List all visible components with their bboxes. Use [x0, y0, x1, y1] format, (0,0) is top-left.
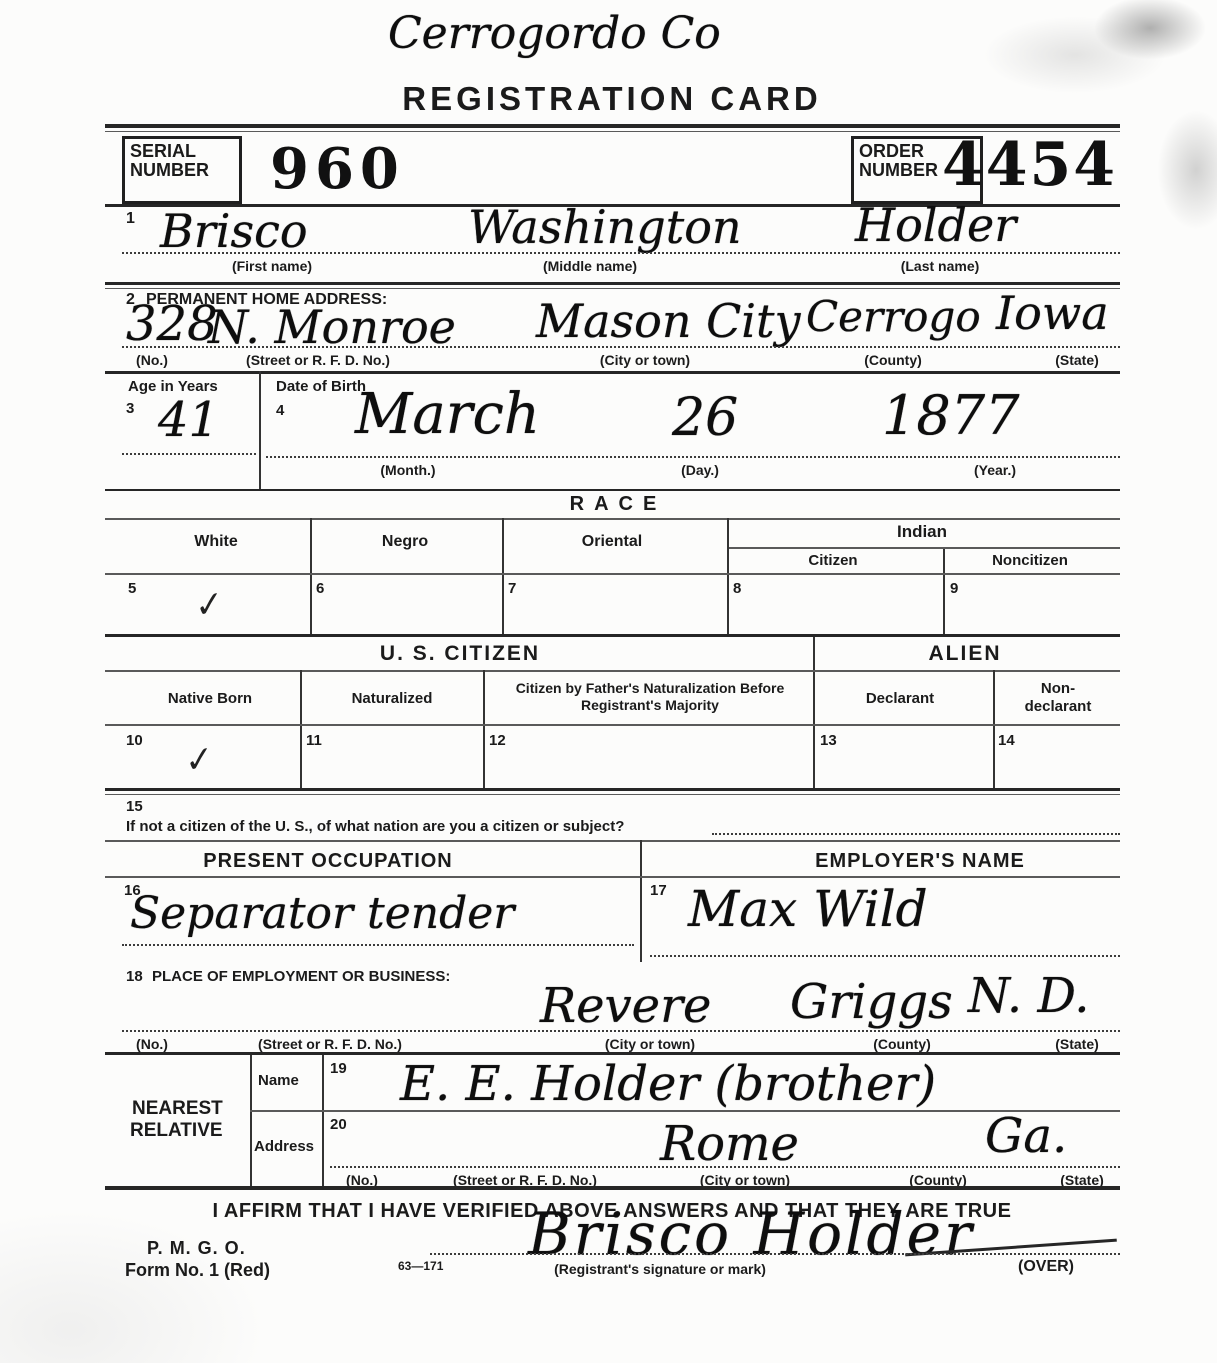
label-state: (State) [1055, 352, 1099, 368]
label-street: (Street or R. F. D. No.) [246, 352, 390, 368]
race-col-indian-noncitizen: Noncitizen [992, 552, 1068, 569]
age-value-handwriting: 41 [158, 392, 219, 448]
label-last-name: (Last name) [901, 258, 980, 274]
native-born-checkmark: ✓ [184, 737, 215, 782]
registrant-signature-handwriting: Brisco Holder [528, 1200, 975, 1268]
citizen-col-nondeclarant: Non-declarant [1018, 680, 1098, 716]
divider [105, 788, 1120, 791]
citizen-col-father-naturalization: Citizen by Father's Naturalization Befor… [495, 680, 805, 714]
write-line [712, 833, 1120, 835]
employment-place-heading: PLACE OF EMPLOYMENT OR BUSINESS: [152, 968, 450, 985]
label-emp-county: (County) [873, 1036, 931, 1052]
divider [483, 670, 485, 789]
divider [105, 724, 1120, 726]
race-cell-number-7: 7 [508, 580, 516, 597]
address-city-handwriting: Mason City [536, 294, 800, 348]
divider [105, 670, 1120, 672]
employment-city-handwriting: Revere [540, 978, 711, 1034]
signature-caption: (Registrant's signature or mark) [554, 1261, 766, 1277]
form-number-text: Form No. 1 (Red) [125, 1260, 270, 1281]
handwritten-county-note: Cerrogordo Co [388, 8, 721, 59]
race-col-indian-citizen: Citizen [808, 552, 857, 569]
race-col-white: White [194, 533, 238, 551]
race-cell-number-6: 6 [316, 580, 324, 597]
race-cell-number-5: 5 [128, 580, 136, 597]
write-line [122, 1030, 1120, 1032]
registration-card-scan: Cerrogordo Co REGISTRATION CARD SERIAL N… [0, 0, 1217, 1363]
race-col-oriental: Oriental [582, 533, 642, 551]
citizen-cell-number-13: 13 [820, 732, 837, 749]
label-day: (Day.) [681, 462, 719, 478]
employer-handwriting: Max Wild [688, 880, 928, 938]
relative-name-label: Name [258, 1072, 299, 1089]
field-number-18: 18 [126, 968, 143, 985]
divider [105, 371, 1120, 374]
name-last-handwriting: Holder [855, 198, 1016, 252]
employment-state-handwriting: N. D. [968, 968, 1089, 1024]
citizen-cell-number-10: 10 [126, 732, 143, 749]
employment-county-handwriting: Griggs [790, 974, 953, 1030]
citizen-cell-number-12: 12 [489, 732, 506, 749]
label-no: (No.) [136, 352, 168, 368]
divider [813, 637, 815, 789]
write-line [330, 1166, 1120, 1168]
field-number-1: 1 [126, 210, 135, 228]
divider [300, 670, 302, 789]
citizen-col-naturalized: Naturalized [352, 690, 433, 707]
race-cell-number-9: 9 [950, 580, 958, 597]
alien-heading: ALIEN [929, 642, 1002, 666]
race-col-negro: Negro [382, 533, 428, 551]
label-first-name: (First name) [232, 258, 312, 274]
divider [259, 371, 261, 489]
page-title: REGISTRATION CARD [402, 80, 821, 118]
address-county-handwriting: Cerrogo [806, 292, 981, 341]
relative-address-city-handwriting: Rome [660, 1116, 799, 1172]
divider [105, 124, 1120, 128]
label-emp-state: (State) [1055, 1036, 1099, 1052]
divider [105, 288, 1120, 289]
name-first-handwriting: Brisco [160, 204, 308, 258]
write-line [122, 944, 634, 946]
label-middle-name: (Middle name) [543, 258, 637, 274]
divider [105, 1186, 1120, 1190]
divider [105, 518, 1120, 520]
write-line [122, 346, 1120, 348]
label-emp-street: (Street or R. F. D. No.) [258, 1036, 402, 1052]
employers-name-heading: EMPLOYER'S NAME [815, 850, 1025, 873]
nearest-relative-heading-line2: RELATIVE [130, 1120, 223, 1142]
citizen-col-native-born: Native Born [168, 690, 252, 707]
write-line [266, 456, 1120, 458]
dob-label: Date of Birth [276, 378, 366, 395]
field-number-20: 20 [330, 1116, 347, 1133]
present-occupation-heading: PRESENT OCCUPATION [203, 850, 453, 873]
race-heading: RACE [570, 493, 667, 516]
divider [105, 634, 1120, 637]
relative-address-state-handwriting: Ga. [985, 1108, 1067, 1164]
address-no-handwriting: 328 [126, 296, 218, 352]
divider [993, 670, 995, 789]
relative-name-handwriting: E. E. Holder (brother) [400, 1056, 936, 1112]
write-line [122, 453, 256, 455]
write-line [122, 252, 1120, 254]
field-number-17: 17 [650, 882, 667, 899]
race-cell-number-8: 8 [733, 580, 741, 597]
label-year: (Year.) [974, 462, 1016, 478]
dob-year-handwriting: 1877 [882, 384, 1019, 447]
question-15-text: If not a citizen of the U. S., of what n… [126, 818, 624, 835]
field-number-15: 15 [126, 798, 143, 815]
divider [727, 518, 729, 636]
divider [502, 518, 504, 636]
us-citizen-heading: U. S. CITIZEN [380, 642, 540, 666]
divider [943, 549, 945, 636]
divider [105, 573, 1120, 575]
serial-number-box: SERIAL NUMBER [122, 136, 242, 204]
divider [729, 547, 1120, 549]
label-emp-city: (City or town) [605, 1036, 695, 1052]
pmgo-text: P. M. G. O. [147, 1238, 246, 1259]
label-county: (County) [864, 352, 922, 368]
print-code: 63—171 [398, 1259, 443, 1273]
divider [105, 1052, 1120, 1055]
field-number-19: 19 [330, 1060, 347, 1077]
label-month: (Month.) [380, 462, 435, 478]
citizen-cell-number-14: 14 [998, 732, 1015, 749]
write-line [650, 955, 1120, 957]
nearest-relative-heading-line1: NEAREST [132, 1098, 223, 1120]
dob-month-handwriting: March [355, 382, 540, 447]
order-number-value: 4454 [942, 130, 1117, 200]
signature-line [430, 1253, 1120, 1255]
divider [105, 876, 1120, 878]
race-white-checkmark: ✓ [194, 582, 225, 627]
relative-address-label: Address [254, 1138, 314, 1155]
divider [105, 840, 1120, 842]
address-state-handwriting: Iowa [996, 286, 1109, 340]
serial-number-value: 960 [270, 136, 405, 202]
over-text: (OVER) [1018, 1258, 1074, 1276]
field-number-4: 4 [276, 402, 284, 419]
name-middle-handwriting: Washington [468, 200, 742, 254]
divider [105, 282, 1120, 285]
dob-day-handwriting: 26 [672, 388, 738, 448]
field-number-3: 3 [126, 400, 134, 417]
occupation-handwriting: Separator tender [130, 888, 514, 939]
divider [250, 1055, 252, 1186]
label-emp-no: (No.) [136, 1036, 168, 1052]
label-city: (City or town) [600, 352, 690, 368]
divider [105, 489, 1120, 491]
divider [322, 1055, 324, 1186]
citizen-col-declarant: Declarant [866, 690, 934, 707]
race-col-indian: Indian [897, 522, 947, 542]
divider [105, 794, 1120, 795]
citizen-cell-number-11: 11 [306, 732, 322, 749]
divider [310, 518, 312, 636]
divider [640, 840, 642, 962]
